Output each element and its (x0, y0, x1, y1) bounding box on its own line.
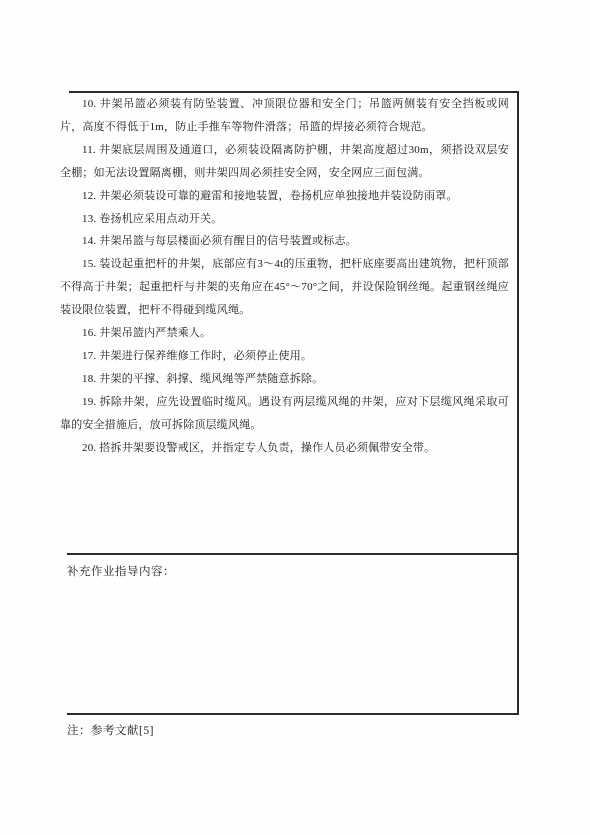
instruction-item-10: 10. 井架吊篮必须装有防坠装置、冲顶限位器和安全门；吊篮两侧装有安全挡板或网片… (60, 93, 509, 139)
instruction-item-13: 13. 卷扬机应采用点动开关。 (60, 208, 509, 231)
instruction-item-16: 16. 井架吊篮内严禁乘人。 (60, 322, 509, 345)
table-middle-divider (67, 553, 519, 555)
instruction-item-19: 19. 拆除井架，应先设置临时缆风。遇设有两层缆风绳的井架，应对下层缆风绳采取可… (60, 391, 509, 437)
instruction-item-11: 11. 井架底层周围及通道口，必须装设隔离防护棚，井架高度超过30m，须搭设双层… (60, 139, 509, 185)
supplement-section-label: 补充作业指导内容： (67, 563, 175, 579)
scanned-document-page: 10. 井架吊篮必须装有防坠装置、冲顶限位器和安全门；吊篮两侧装有安全挡板或网片… (0, 0, 590, 835)
instruction-item-20: 20. 搭拆井架要设警戒区，并指定专人负责，操作人员必须佩带安全带。 (60, 437, 509, 460)
reference-note: 注：参考文献[5] (67, 722, 154, 738)
instruction-item-15: 15. 装设起重把杆的井架，底部应有3～4t的压重物，把杆底座要高出建筑物，把杆… (60, 253, 509, 322)
table-bottom-border (67, 713, 519, 715)
instruction-list: 10. 井架吊篮必须装有防坠装置、冲顶限位器和安全门；吊篮两侧装有安全挡板或网片… (60, 93, 509, 460)
instruction-item-17: 17. 井架进行保养维修工作时，必须停止使用。 (60, 345, 509, 368)
instruction-item-18: 18. 井架的平撑、斜撑、缆风绳等严禁随意拆除。 (60, 368, 509, 391)
instruction-item-14: 14. 井架吊篮与每层楼面必须有醒目的信号装置或标志。 (60, 230, 509, 253)
instruction-item-12: 12. 井架必须装设可靠的避雷和接地装置，卷扬机应单独接地并装设防雨罩。 (60, 185, 509, 208)
table-right-border (517, 91, 519, 715)
